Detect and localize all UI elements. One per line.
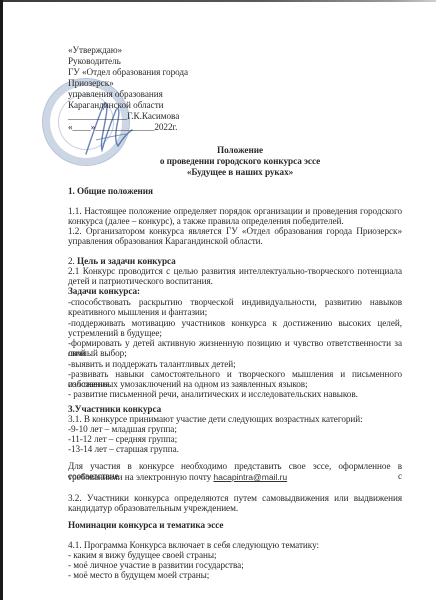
section-4-p1: 4.1. Программа Конкурса включает в себя …	[68, 540, 319, 550]
title-line2: о проведении городского конкурса эссе	[120, 156, 360, 166]
task-3-line2: личный выбор;	[68, 348, 127, 358]
submission-line2: требованиями на электронную почту hacapi…	[68, 472, 287, 482]
approval-date-line: «____»_____________2022г.	[68, 122, 177, 132]
task-2-line1: -поддерживать мотивацию участников конку…	[68, 318, 402, 328]
section-2-heading-text: Цель и задачи конкурса	[77, 256, 176, 266]
title-line1: Положение	[140, 145, 340, 155]
section-4-heading: Номинации конкурса и тематика эссе	[68, 520, 223, 530]
section-3-p2-line2: кандидатур образовательным учреждением.	[68, 503, 238, 513]
approval-org-line3: управления образования	[68, 89, 163, 99]
section-3-heading: 3.Участники конкурса	[68, 404, 161, 414]
tasks-heading: Задачи конкурса:	[68, 286, 140, 296]
theme-1: - каким я вижу будущее своей страны;	[68, 550, 216, 560]
task-6: - развитие письменной речи, аналитически…	[68, 389, 358, 399]
age-group-junior: -9-10 лет – младшая группа;	[68, 424, 177, 434]
document-page: «Утверждаю» Руководитель ГУ «Отдел образ…	[0, 0, 436, 600]
task-2-line2: устремлений в будущее;	[68, 328, 162, 338]
task-1-line1: -способствовать раскрытию творческой инд…	[68, 297, 402, 307]
theme-3: - моё место в будущем моей страны;	[68, 570, 209, 580]
approval-approved: «Утверждаю»	[68, 45, 122, 55]
task-4: -выявить и поддержать талантливых детей;	[68, 359, 236, 369]
section-2-p1-line2: детей и патриотического воспитания.	[68, 276, 213, 286]
section-1-p1-line2: конкурса (далее – конкурс), а также прав…	[68, 216, 344, 226]
age-group-senior: -13-14 лет – старшая группа.	[68, 444, 179, 454]
approval-position: Руководитель	[68, 56, 121, 66]
approval-org-line2: Приозерск»	[68, 78, 114, 88]
age-group-middle: -11-12 лет – средняя группа;	[68, 434, 177, 444]
section-1-p1-line1: 1.1. Настоящее положение определяет поря…	[68, 206, 402, 216]
email-link[interactable]: hacapintra@mail.ru	[213, 472, 287, 482]
section-2-heading-num: 2.	[68, 256, 77, 266]
section-3-p1: 3.1. В конкурсе принимают участие дети с…	[68, 414, 363, 424]
section-1-p2-line1: 1.2. Организатором конкурса является ГУ …	[68, 226, 402, 236]
title-line3: «Будущее в наших руках»	[140, 167, 340, 177]
approval-signature-line: _____________Г.К.Касимова	[68, 111, 179, 121]
task-1-line2: креативного мышления и фантазии;	[68, 307, 207, 317]
theme-2: - моё личное участие в развитии государс…	[68, 560, 244, 570]
section-3-p2-line1: 3.2. Участники конкурса определяются пут…	[68, 493, 402, 503]
approval-org-line1: ГУ «Отдел образования города	[68, 67, 188, 77]
task-5-line2: собственных умозаключений на одном из за…	[68, 379, 308, 389]
section-1-p2-line2: управления образования Карагандинской об…	[68, 236, 263, 246]
section-1-heading: 1. Общие положения	[68, 186, 153, 196]
section-2-p1-line1: 2.1 Конкурс проводится с целью развития …	[68, 266, 402, 276]
section-2-heading: 2. Цель и задачи конкурса	[68, 256, 176, 266]
approval-org-line4: Карагандинской области	[68, 100, 164, 110]
submission-line2-text: требованиями на электронную почту	[68, 472, 213, 482]
